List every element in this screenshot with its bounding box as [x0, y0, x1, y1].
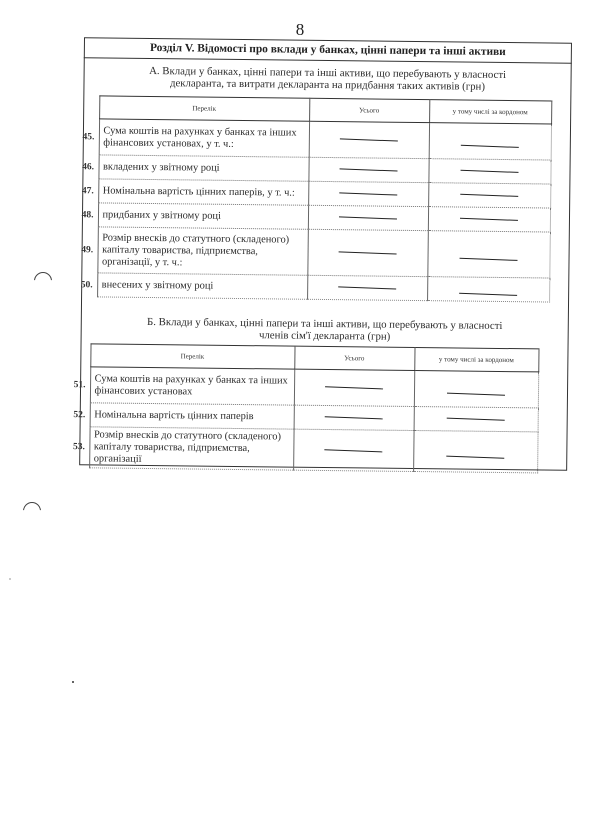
row-label: Розмір внесків до статутного (складеного… [89, 427, 293, 470]
row-label: внесених у звітному році [97, 273, 307, 299]
row-number: 45. [75, 119, 99, 155]
dash-mark [338, 287, 396, 290]
row-total-cell [309, 121, 429, 158]
row-number: 50. [73, 273, 97, 297]
scan-speck [9, 578, 11, 580]
dash-mark [460, 258, 518, 261]
table-row: 53. Розмір внесків до статутного (складе… [65, 427, 537, 473]
row-abroad-cell [428, 159, 550, 184]
dash-mark [446, 455, 504, 458]
row-number: 52. [66, 403, 90, 427]
dash-mark [447, 418, 505, 421]
table-row: 50. внесених у звітному році [73, 273, 549, 302]
row-number: 46. [74, 155, 98, 179]
dash-mark [340, 139, 398, 142]
row-total-cell [308, 205, 428, 230]
row-abroad-cell [414, 370, 538, 407]
dash-mark [460, 194, 518, 197]
punch-hole-icon [34, 272, 52, 290]
part-a-table: Перелік Усього у тому числі за кордоном … [73, 95, 552, 302]
table-row: 51. Сума коштів на рахунках у банках та … [66, 367, 538, 408]
row-label: Номінальна вартість цінних паперів [90, 403, 294, 429]
row-number: 48. [74, 203, 98, 227]
column-header-abroad: у тому числі за кордоном [414, 348, 538, 372]
table-row: 45. Сума коштів на рахунках у банках та … [75, 119, 551, 160]
dash-mark [324, 449, 382, 452]
column-header-abroad: у тому числі за кордоном [429, 100, 551, 124]
row-abroad-cell [427, 277, 549, 302]
declaration-section-sheet: Розділ V. Відомості про вклади у банках,… [79, 37, 572, 471]
row-abroad-cell [413, 430, 537, 472]
dash-mark [325, 416, 383, 419]
scan-speck [72, 681, 74, 683]
row-label: вкладених у звітному році [98, 155, 308, 181]
dash-mark [459, 293, 517, 296]
dash-mark [461, 170, 519, 173]
row-number: 49. [73, 227, 98, 273]
dash-mark [325, 386, 383, 389]
row-label: Розмір внесків до статутного (складеного… [97, 227, 308, 275]
row-total-cell [307, 275, 427, 300]
column-header-total: Усього [309, 98, 429, 122]
row-total-cell [294, 369, 414, 406]
row-total-cell [294, 405, 414, 430]
column-header-list: Перелік [99, 96, 309, 121]
row-abroad-cell [427, 231, 550, 278]
dash-mark [339, 217, 397, 220]
number-column-header [75, 96, 99, 119]
row-abroad-cell [429, 123, 551, 160]
number-column-header [66, 344, 90, 367]
dash-mark [339, 252, 397, 255]
row-number: 47. [74, 179, 98, 203]
part-b-table: Перелік Усього у тому числі за кордоном … [65, 343, 539, 473]
row-abroad-cell [428, 207, 550, 232]
row-label: Номінальна вартість цінних паперів, у т.… [98, 179, 308, 205]
dash-mark [460, 218, 518, 221]
row-abroad-cell [414, 406, 538, 431]
dash-mark [461, 145, 519, 148]
dash-mark [339, 193, 397, 196]
row-total-cell [308, 157, 428, 182]
row-number: 53. [65, 427, 89, 468]
table-row: 49. Розмір внесків до статутного (складе… [73, 227, 549, 278]
row-total-cell [308, 181, 428, 206]
row-label: Сума коштів на рахунках у банках та інши… [90, 367, 294, 405]
column-header-total: Усього [294, 346, 414, 370]
column-header-list: Перелік [90, 344, 294, 369]
row-abroad-cell [428, 183, 550, 208]
row-total-cell [307, 229, 428, 276]
dash-mark [340, 169, 398, 172]
row-label: Сума коштів на рахунках у банках та інши… [99, 119, 309, 157]
row-number: 51. [66, 367, 90, 403]
row-total-cell [293, 429, 413, 471]
row-label: придбаних у звітному році [98, 203, 308, 229]
punch-hole-icon [23, 502, 41, 520]
dash-mark [447, 393, 505, 396]
